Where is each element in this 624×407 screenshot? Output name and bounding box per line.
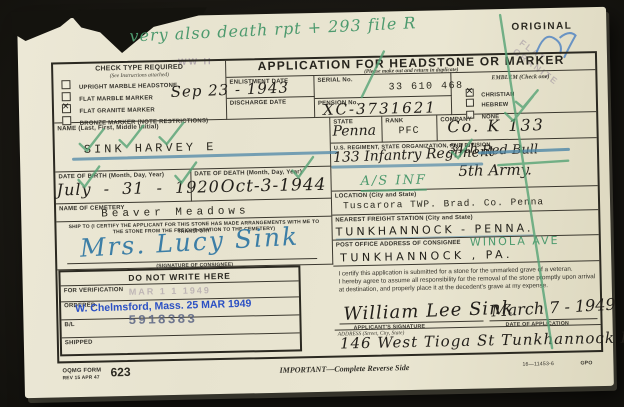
company-value: Co. K 133 [447, 115, 545, 136]
do-not-write-box: DO NOT WRITE HERE FOR VERIFICATION MAR 1… [58, 265, 302, 356]
rank-label: RANK [385, 117, 436, 125]
ordered-label: ORDERED [64, 303, 96, 311]
paper-tear [73, 7, 208, 54]
division-note: 34th [448, 142, 478, 158]
discharge-date-cell: DISCHARGE DATE [227, 97, 315, 120]
army-note: 5th Army. [458, 160, 532, 180]
shipped-label: SHIPPED [65, 340, 93, 348]
emblem-label: EMBLEM (Check one) [491, 74, 549, 81]
rank-value: PFC [398, 126, 419, 137]
gpo-code: GPO [580, 360, 592, 367]
important-note: IMPORTANT—Complete Reverse Side [224, 362, 464, 376]
discharge-date-label: DISCHARGE DATE [230, 99, 314, 108]
name-value: SINK HARVEY E [84, 140, 217, 157]
original-stamp: ORIGINAL [511, 21, 572, 33]
emblem-cell: EMBLEM (Check one) CHRISTIAN HEBREW NONE [451, 69, 596, 115]
date-of-death-value: Oct-3-1944 [220, 175, 326, 197]
verification-label: FOR VERIFICATION [64, 287, 124, 295]
paper-tear-corner [11, 10, 82, 41]
form-paper: very also death rpt + 293 file R ORIGINA… [17, 7, 614, 398]
division-note-struck: Red Bull [482, 142, 538, 158]
form-revision: REV 15 APR 47 [63, 375, 100, 383]
bl-label: B/L [64, 322, 74, 329]
form-number: 623 [110, 365, 130, 379]
serial-number-cell: SERIAL No. 33 610 468 [314, 72, 451, 99]
state-value: Penna [332, 123, 376, 140]
print-code: 16—11453-6 [522, 361, 554, 369]
scanned-document-photo: very also death rpt + 293 file R ORIGINA… [0, 0, 624, 407]
name-label: NAME (Last, First, Middle Initial) [57, 120, 329, 133]
rank-cell: RANK PFC [382, 115, 438, 142]
po-green-note: WINOLA AVE [470, 234, 560, 249]
verification-stamp: MAR 1 1 1949 [129, 285, 211, 297]
